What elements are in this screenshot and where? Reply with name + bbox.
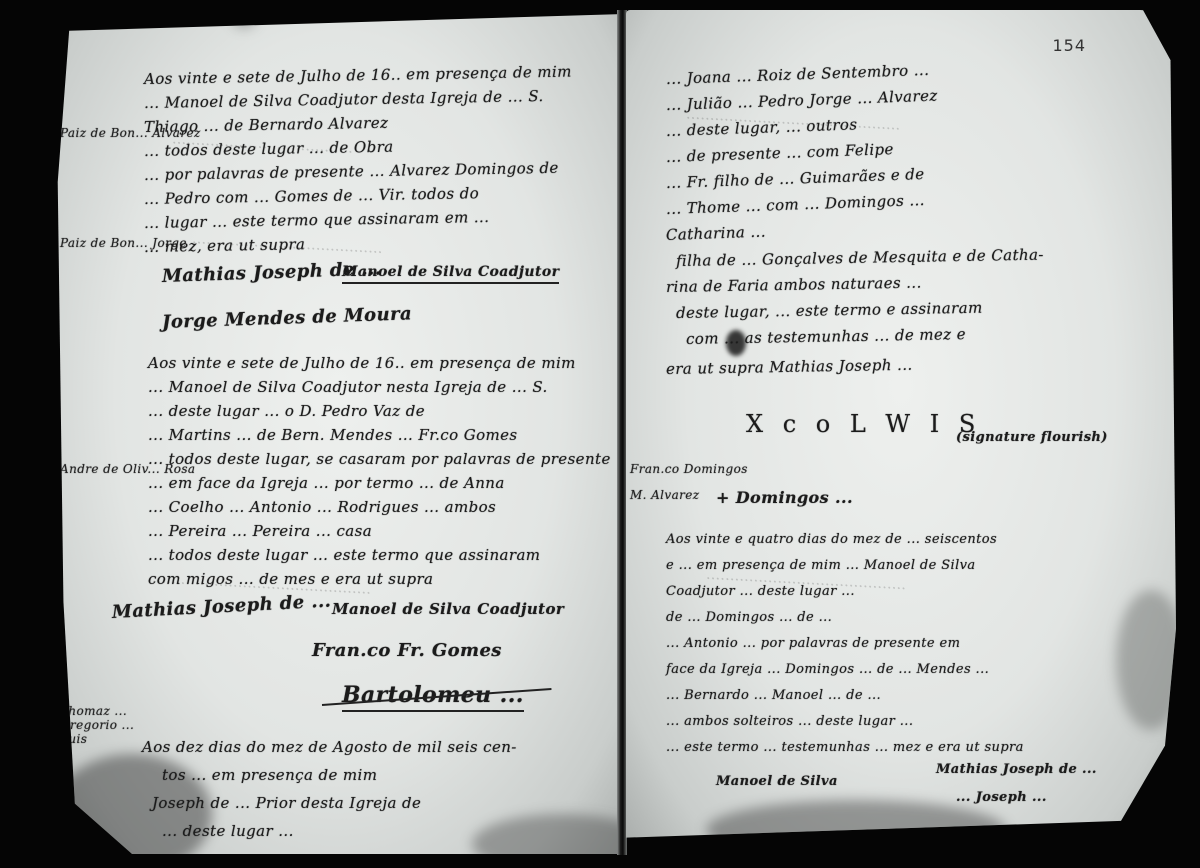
book-gutter xyxy=(617,10,627,855)
text-line: ... Thome ... com ... Domingos ... xyxy=(666,191,925,218)
text-line: tos ... em presença de mim xyxy=(162,766,377,784)
text-line: ... Manoel de Silva Coadjutor desta Igre… xyxy=(144,87,544,112)
signature: Mathias Joseph de ... xyxy=(111,591,331,623)
text-line: ... Manoel de Silva Coadjutor nesta Igre… xyxy=(148,378,548,396)
text-line: ... este termo ... testemunhas ... mez e… xyxy=(666,740,1024,755)
text-line: Coadjutor ... deste lugar ... xyxy=(666,584,855,599)
text-line: Aos vinte e sete de Julho de 16.. em pre… xyxy=(144,63,572,88)
entry-heading: + Domingos ... xyxy=(716,488,853,507)
signature: Fran.co Fr. Gomes xyxy=(312,640,502,661)
text-line: ... todos deste lugar, se casaram por pa… xyxy=(148,450,611,468)
text-line: Thiago ... de Bernardo Alvarez xyxy=(144,114,389,136)
text-line: filha de ... Gonçalves de Mesquita e de … xyxy=(676,246,1044,270)
margin-note: Fran.co Domingos xyxy=(630,462,748,476)
text-line: ... lugar ... este termo que assinaram e… xyxy=(144,208,490,232)
text-line: ... Fr. filho de ... Guimarães e de xyxy=(666,165,925,192)
left-page: ...................................... .… xyxy=(52,14,624,854)
text-line: face da Igreja ... Domingos ... de ... M… xyxy=(666,662,989,677)
text-line: ... por palavras de presente ... Alvarez… xyxy=(144,159,559,184)
text-line: ... mez, era ut supra xyxy=(144,235,306,256)
text-line: ... de presente ... com Felipe xyxy=(666,140,894,166)
text-line: Aos vinte e sete de Julho de 16.. em pre… xyxy=(148,354,576,372)
water-stain xyxy=(472,814,624,854)
text-line: com migos ... de mes e era ut supra xyxy=(148,570,433,588)
signature: ... Joseph ... xyxy=(956,790,1047,805)
text-line: ... Pereira ... Pereira ... casa xyxy=(148,522,372,540)
text-line: ... Pedro com ... Gomes de ... Vir. todo… xyxy=(144,184,479,208)
text-line: ... Antonio ... por palavras de presente… xyxy=(666,636,960,651)
text-line: ... Joana ... Roiz de Sentembro ... xyxy=(666,61,930,88)
margin-note: M. Alvarez xyxy=(630,488,700,502)
margin-note: Thomaz ... Gregorio ... Luis xyxy=(60,704,140,746)
text-line: Joseph de ... Prior desta Igreja de xyxy=(152,794,421,812)
text-line: e ... em presença de mim ... Manoel de S… xyxy=(666,558,976,573)
text-line: Catharina ... xyxy=(666,223,766,244)
signature: Mathias Joseph de ... xyxy=(936,762,1097,777)
text-line: Aos vinte e quatro dias do mez de ... se… xyxy=(666,532,997,547)
text-line: era ut supra Mathias Joseph ... xyxy=(666,356,913,378)
text-line: ... deste lugar ... o D. Pedro Vaz de xyxy=(148,402,425,420)
text-line: ... ambos solteiros ... deste lugar ... xyxy=(666,714,913,729)
text-line: ... Martins ... de Bern. Mendes ... Fr.c… xyxy=(148,426,518,444)
signature: Manoel de Silva Coadjutor xyxy=(332,600,564,618)
signature: Jorge Mendes de Moura xyxy=(162,303,413,333)
water-stain xyxy=(1116,590,1176,730)
signature: Manoel de Silva Coadjutor xyxy=(342,264,559,284)
text-line: deste lugar, ... este termo e assinaram xyxy=(676,299,983,322)
text-line: ... deste lugar ... xyxy=(162,822,294,840)
text-line: ... Bernardo ... Manoel ... de ... xyxy=(666,688,881,703)
witness-mark: X c o L W I S xyxy=(746,410,981,438)
text-line: rina de Faria ambos naturaes ... xyxy=(666,274,922,296)
signature: Manoel de Silva xyxy=(716,774,838,789)
text-line: de ... Domingos ... de ... xyxy=(666,610,832,625)
folio-number: 154 xyxy=(1052,36,1086,55)
manuscript-spread: ...................................... .… xyxy=(0,0,1200,868)
text-line: ... todos deste lugar ... de Obra xyxy=(144,138,394,160)
text-line: ... todos deste lugar ... este termo que… xyxy=(148,546,540,564)
text-line: Aos dez dias do mez de Agosto de mil sei… xyxy=(142,738,517,756)
right-page: 154 ....................................… xyxy=(626,10,1176,846)
ink-spot xyxy=(232,14,256,28)
text-line: ... em face da Igreja ... por termo ... … xyxy=(148,474,505,492)
text-line: com ... as testemunhas ... de mez e xyxy=(686,325,966,348)
text-line: ... Coelho ... Antonio ... Rodrigues ...… xyxy=(148,498,496,516)
water-stain xyxy=(706,800,1006,846)
signature: (signature flourish) xyxy=(956,430,1108,445)
